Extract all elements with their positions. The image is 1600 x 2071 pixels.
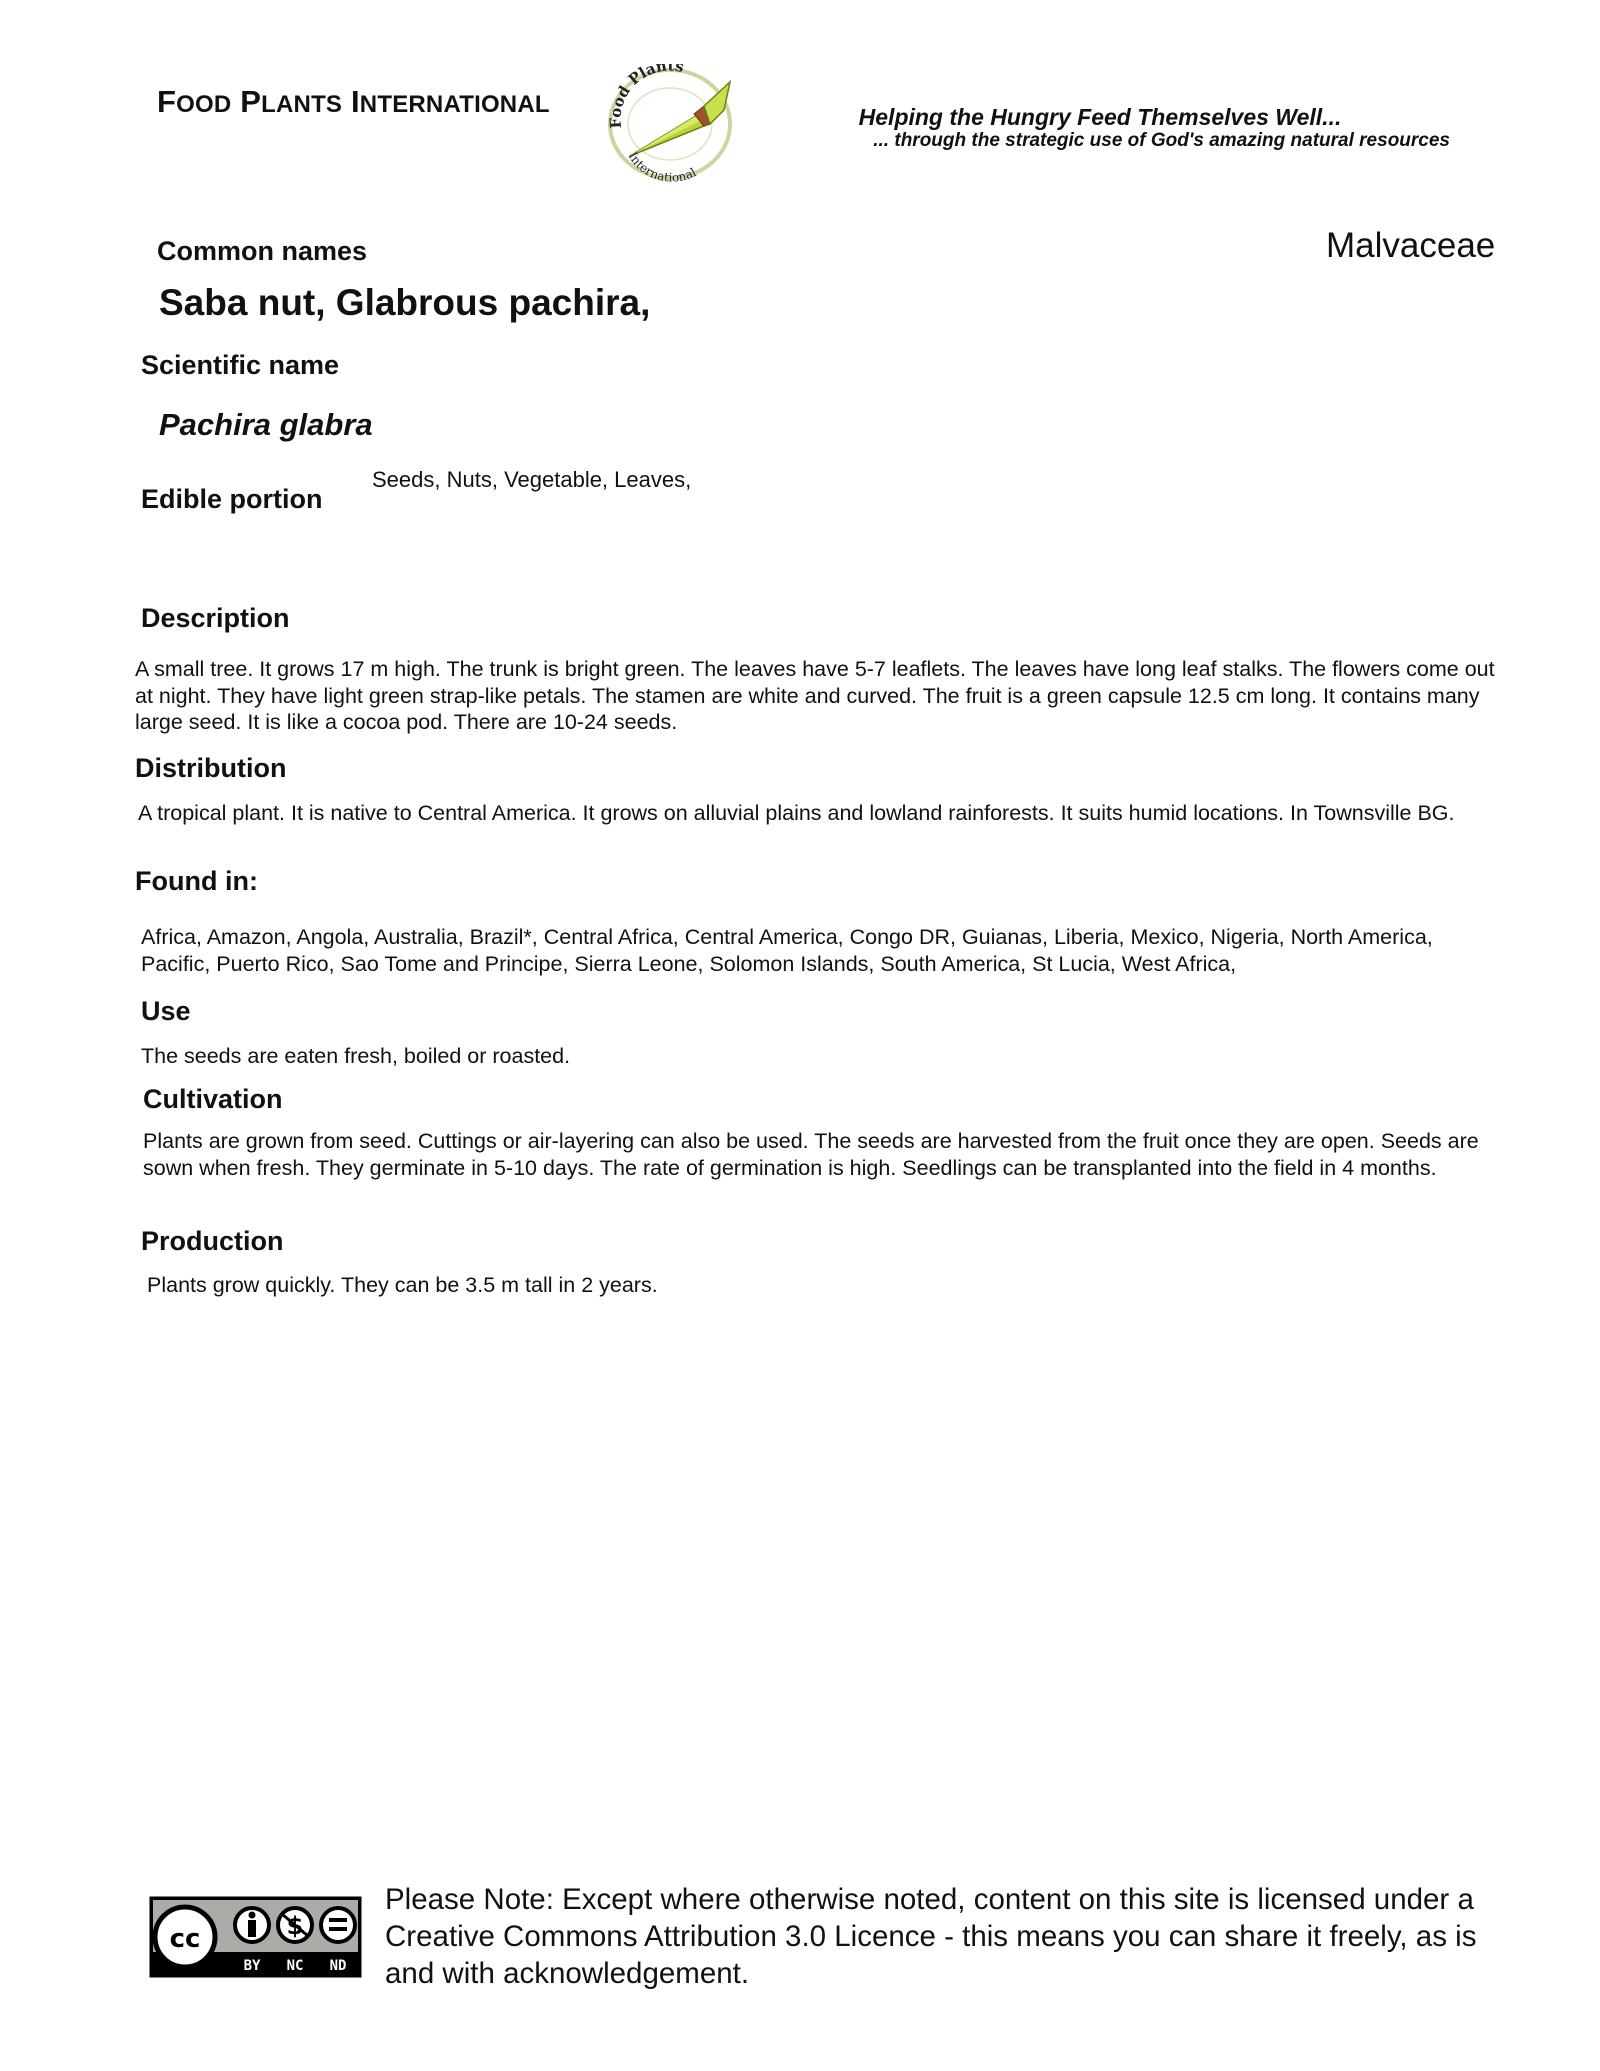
description-heading: Description <box>141 603 290 634</box>
cultivation-text: Plants are grown from seed. Cuttings or … <box>143 1128 1483 1181</box>
common-names-label: Common names <box>157 236 367 267</box>
org-name-word: NTERNATIONAL <box>360 91 550 118</box>
distribution-heading: Distribution <box>135 753 286 784</box>
tagline-main: Helping the Hungry Feed Themselves Well.… <box>780 104 1420 131</box>
no-derivatives-icon <box>321 1908 355 1942</box>
distribution-text: A tropical plant. It is native to Centra… <box>138 800 1498 827</box>
attribution-icon <box>235 1908 269 1942</box>
edible-portion-value: Seeds, Nuts, Vegetable, Leaves, <box>372 467 691 493</box>
edible-portion-label: Edible portion <box>141 484 323 515</box>
tagline-sub: ... through the strategic use of God's a… <box>740 130 1460 152</box>
scientific-name-label: Scientific name <box>141 350 339 381</box>
org-name-initial: P <box>240 84 261 119</box>
common-names-value: Saba nut, Glabrous pachira, <box>159 282 650 324</box>
non-commercial-icon: $ <box>278 1908 312 1942</box>
org-name-word: LANTS <box>261 91 342 118</box>
svg-text:cc: cc <box>170 1924 201 1954</box>
description-text: A small tree. It grows 17 m high. The tr… <box>135 656 1495 736</box>
svg-text:NC: NC <box>287 1958 304 1974</box>
licence-notice: Please Note: Except where otherwise note… <box>385 1881 1495 1992</box>
production-heading: Production <box>141 1226 284 1257</box>
org-name-initial: F <box>157 84 176 119</box>
org-name-word: OOD <box>176 91 231 118</box>
organization-name: FOOD PLANTS INTERNATIONAL <box>157 84 550 120</box>
creative-commons-badge-icon: cc $ BY NC ND <box>148 1895 363 1979</box>
production-text: Plants grow quickly. They can be 3.5 m t… <box>147 1272 1447 1299</box>
found-in-text: Africa, Amazon, Angola, Australia, Brazi… <box>141 924 1501 977</box>
svg-text:BY: BY <box>244 1958 261 1974</box>
cultivation-heading: Cultivation <box>143 1084 283 1115</box>
food-plants-logo-icon: Food Plants International <box>600 64 740 184</box>
use-text: The seeds are eaten fresh, boiled or roa… <box>141 1043 1441 1070</box>
found-in-heading: Found in: <box>135 866 258 897</box>
use-heading: Use <box>141 996 191 1027</box>
org-name-initial: I <box>351 84 360 119</box>
scientific-name-value: Pachira glabra <box>159 407 373 443</box>
svg-text:ND: ND <box>330 1958 347 1974</box>
plant-family: Malvaceae <box>1326 226 1495 266</box>
